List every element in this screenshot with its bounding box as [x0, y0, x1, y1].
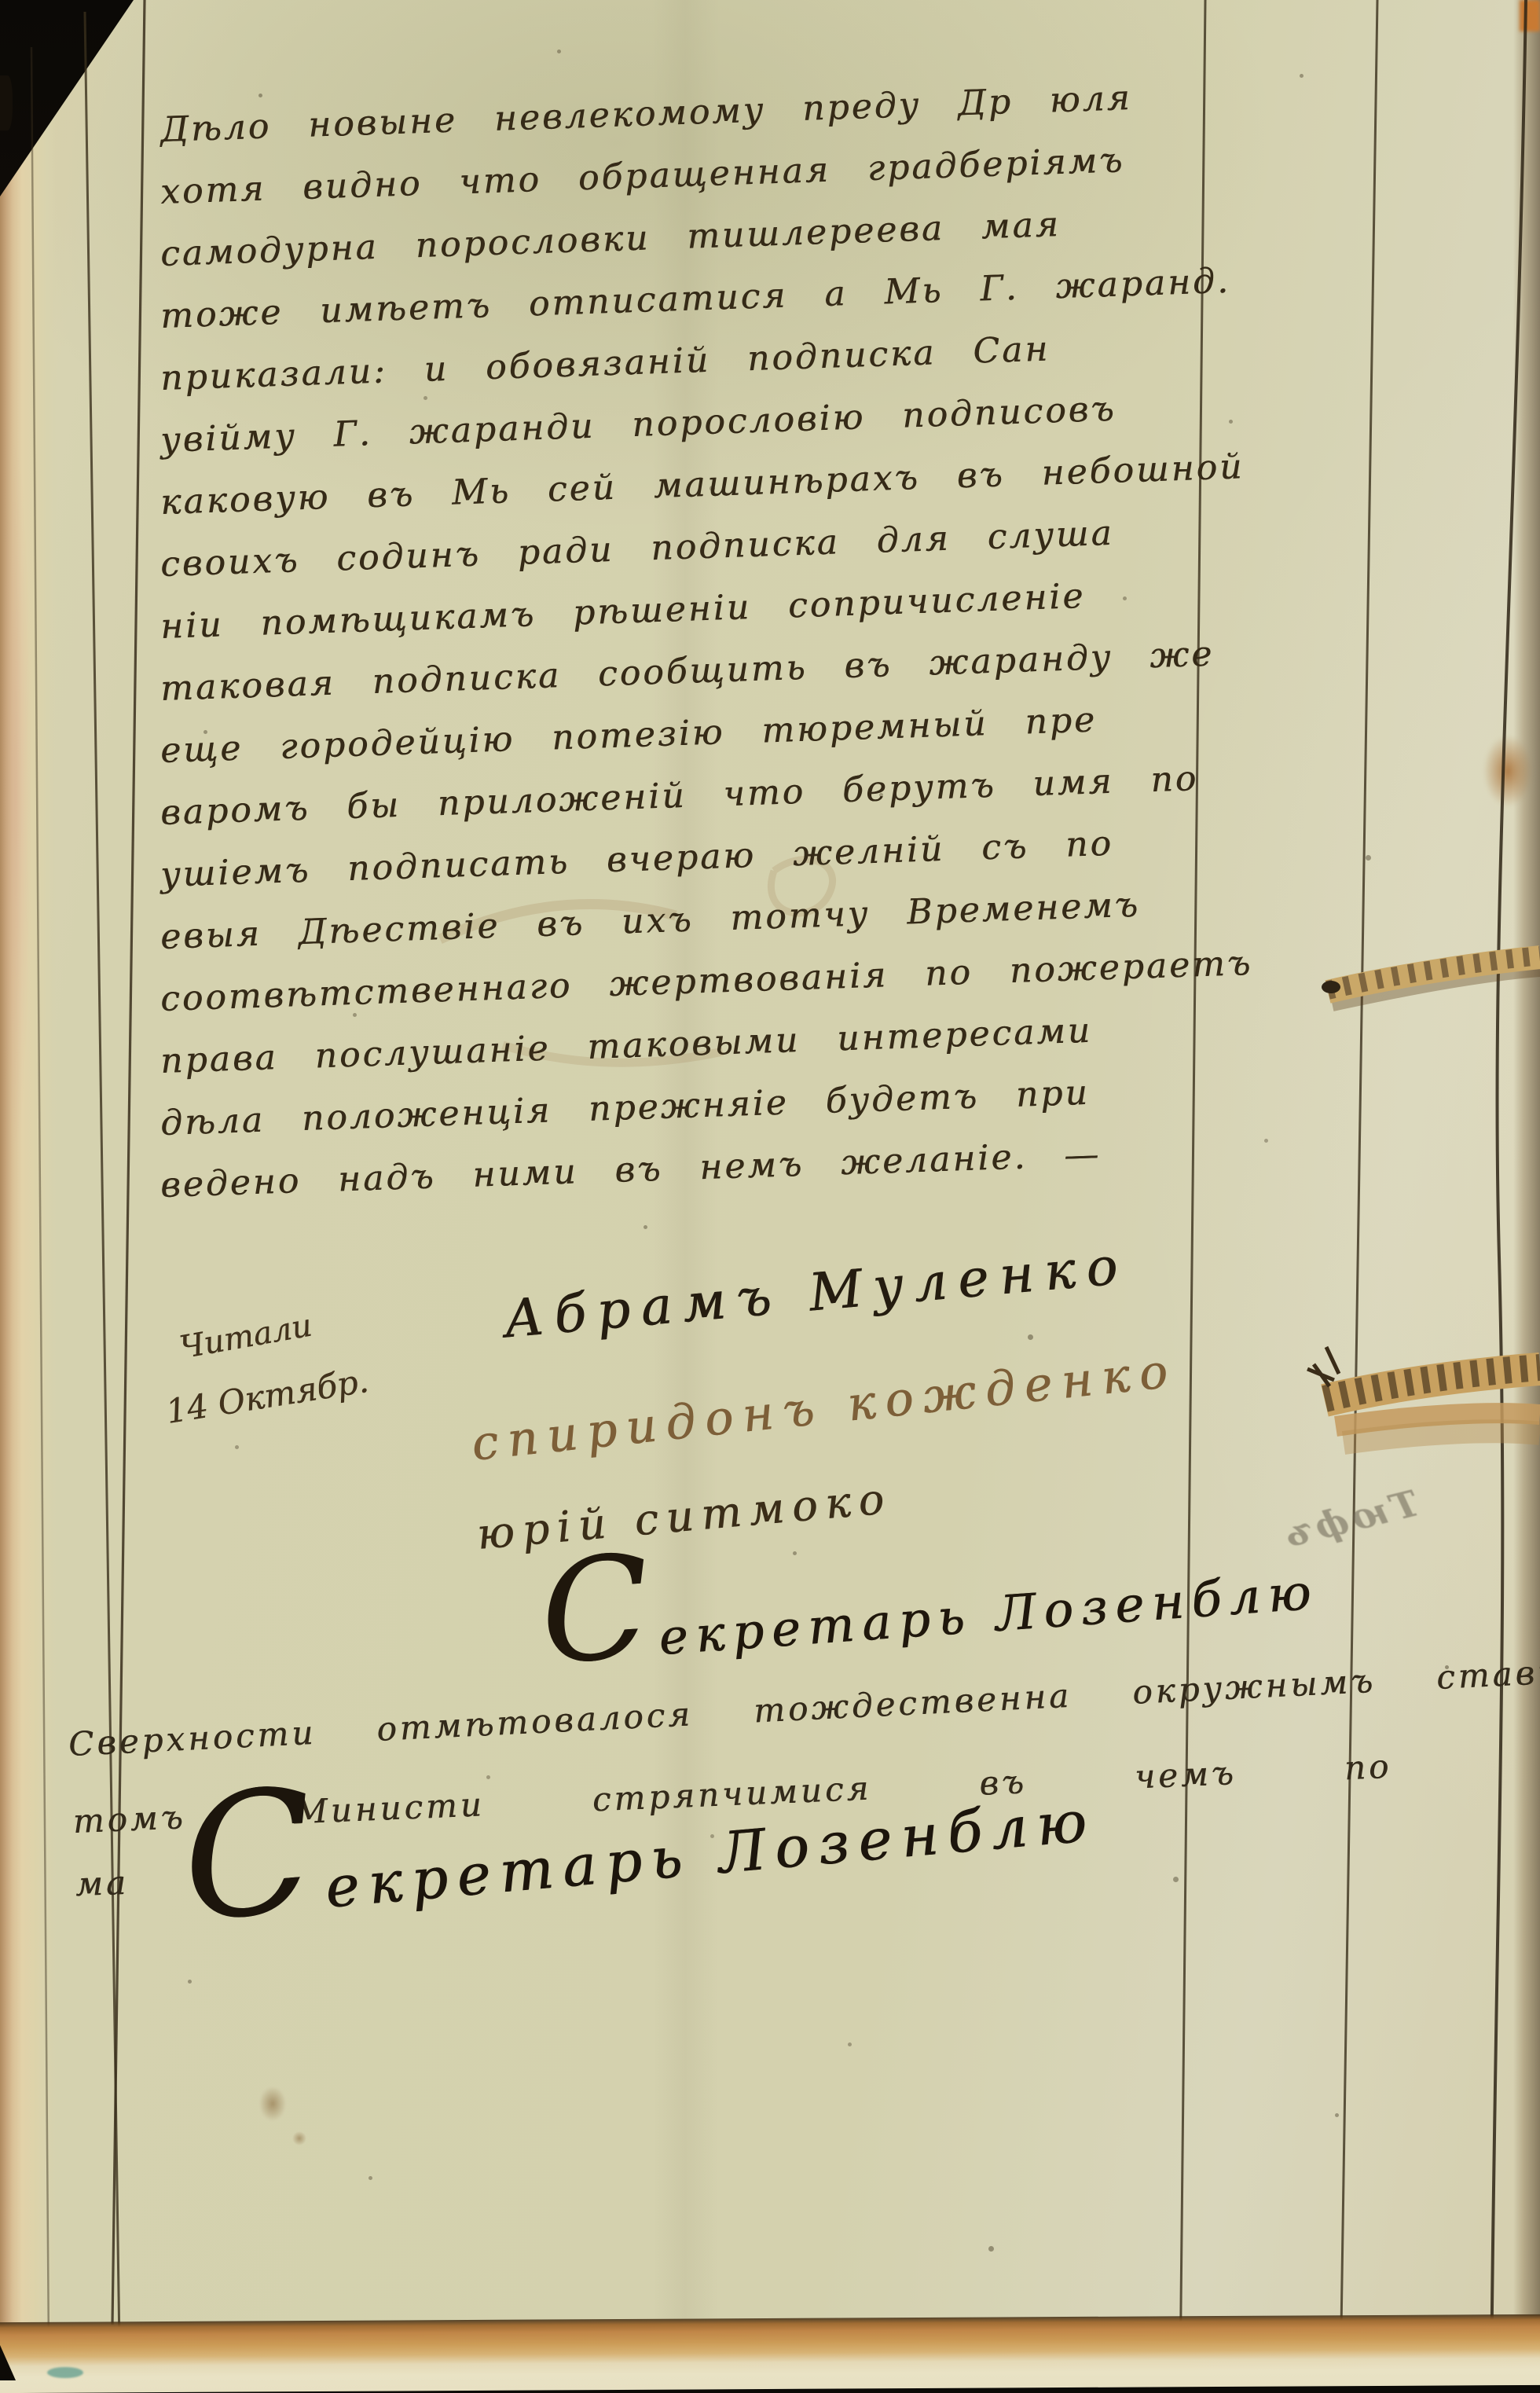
bottom-page-edges — [0, 2314, 1540, 2380]
binding-thread-bottom — [1307, 1347, 1540, 1443]
thread-frayed-end — [1307, 1347, 1339, 1386]
page-edge-line-right — [1491, 0, 1526, 2380]
attestation-line: ма — [75, 1863, 130, 1903]
binding-thread-top — [1322, 956, 1540, 1006]
ruled-line-right-inner — [1180, 0, 1205, 2380]
manuscript-page: Дѣло новыне невлекомому преду Др юля хот… — [0, 0, 1540, 2380]
ruled-line-left-inner — [112, 0, 145, 2325]
ruled-line-right-middle — [1340, 0, 1377, 2380]
thread-tip — [1322, 981, 1340, 993]
teal-fleck — [47, 2367, 83, 2378]
ruled-line-left-middle — [85, 12, 119, 2346]
ruled-line-left-outer — [31, 47, 49, 2350]
thread-under-stain-soft — [1344, 1431, 1540, 1443]
